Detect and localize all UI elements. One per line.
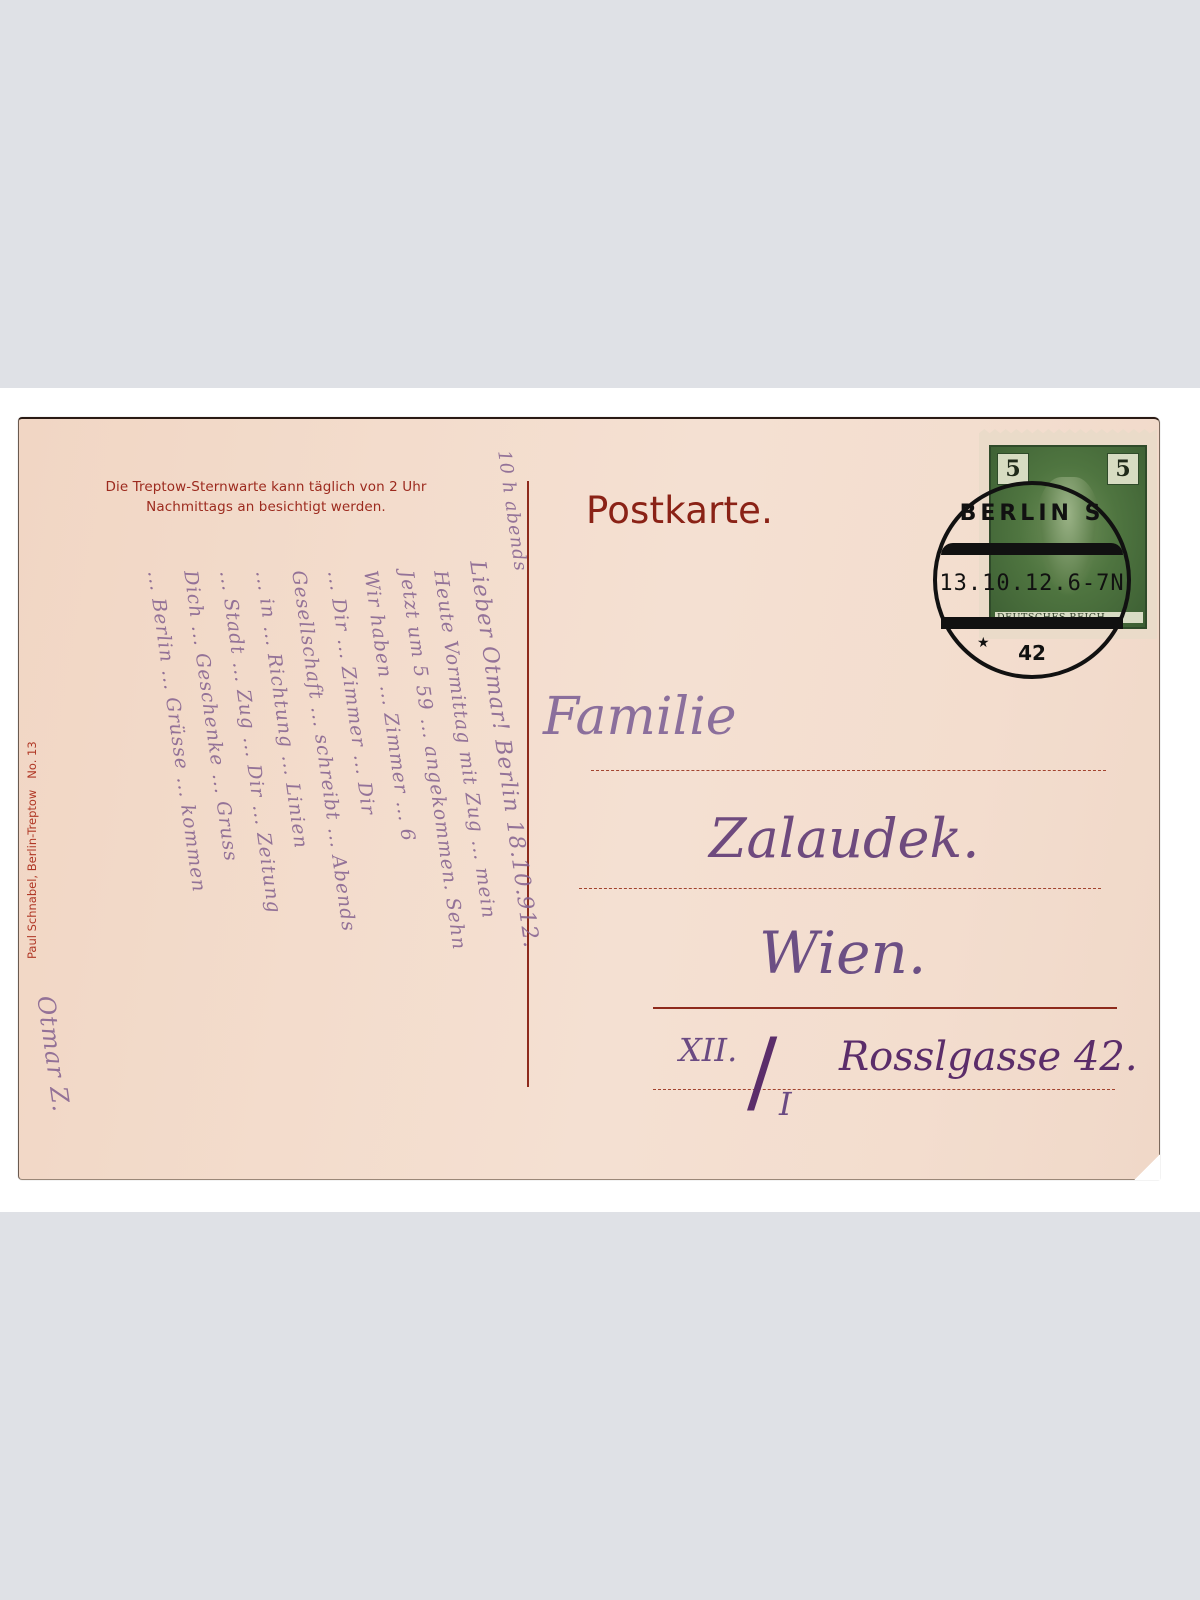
address-line-4 [653, 1089, 1115, 1090]
signature: Otmar Z. [31, 994, 75, 1114]
address-line-2 [579, 888, 1101, 889]
postmark-date: 13.10.12.6-7N [937, 571, 1127, 596]
address-floor: I [779, 1085, 792, 1123]
address-recipient-line: Familie [543, 687, 737, 747]
message-line: 10 h abends [493, 449, 531, 573]
address-line-3 [653, 1007, 1117, 1009]
postmark-bar [941, 543, 1123, 555]
address-district: XII. [679, 1031, 737, 1069]
observatory-notice: Die Treptow-Sternwarte kann täglich von … [61, 477, 471, 517]
publisher-imprint: Paul Schnabel, Berlin-Treptow No. 13 [25, 741, 39, 959]
notice-line-1: Die Treptow-Sternwarte kann täglich von … [61, 477, 471, 497]
address-line-1 [591, 770, 1106, 771]
notice-line-2: Nachmittags an besichtigt werden. [61, 497, 471, 517]
folded-corner [1134, 1154, 1160, 1180]
stamp-value-right: 5 [1107, 453, 1139, 485]
postmark-city: BERLIN S [937, 501, 1127, 526]
postmark-bar [941, 617, 1123, 629]
postmark: BERLIN S 13.10.12.6-7N ★ 42 [933, 481, 1131, 679]
stamp-value-left: 5 [997, 453, 1029, 485]
address-separator: / [747, 1019, 777, 1124]
card-title: Postkarte. [586, 489, 773, 532]
postcard: Die Treptow-Sternwarte kann täglich von … [18, 417, 1160, 1180]
message-address-divider [527, 481, 529, 1087]
address-city: Wien. [759, 919, 926, 987]
address-surname: Zalaudek. [709, 807, 979, 870]
address-street: Rosslgasse 42. [839, 1034, 1138, 1080]
postmark-office-number: 42 [937, 641, 1127, 665]
